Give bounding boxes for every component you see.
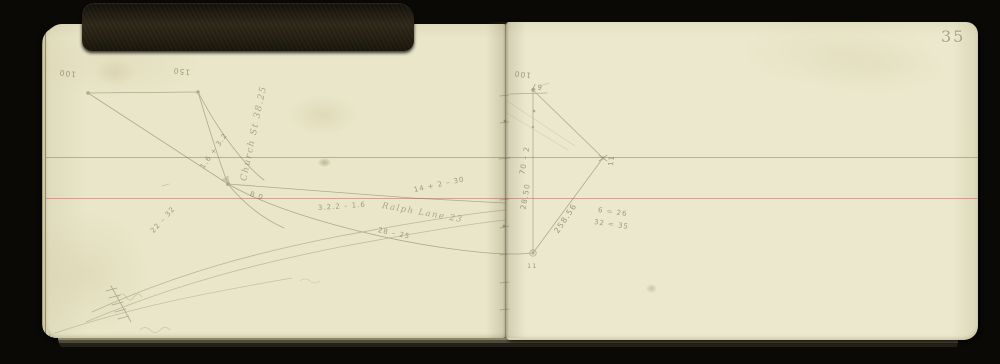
- ruled-line-bottom: [46, 198, 978, 199]
- notebook-page-left: [46, 24, 506, 338]
- notebook-scan: 100 150 Church St 38.25 1.6 + 3.2 8 0 3.…: [0, 0, 1000, 364]
- book-cover-edge: [82, 3, 414, 51]
- gutter-fold-line: [505, 24, 506, 338]
- notebook-page-right: [506, 22, 978, 340]
- page-number: 35: [941, 27, 965, 46]
- ruled-line-top: [46, 157, 978, 158]
